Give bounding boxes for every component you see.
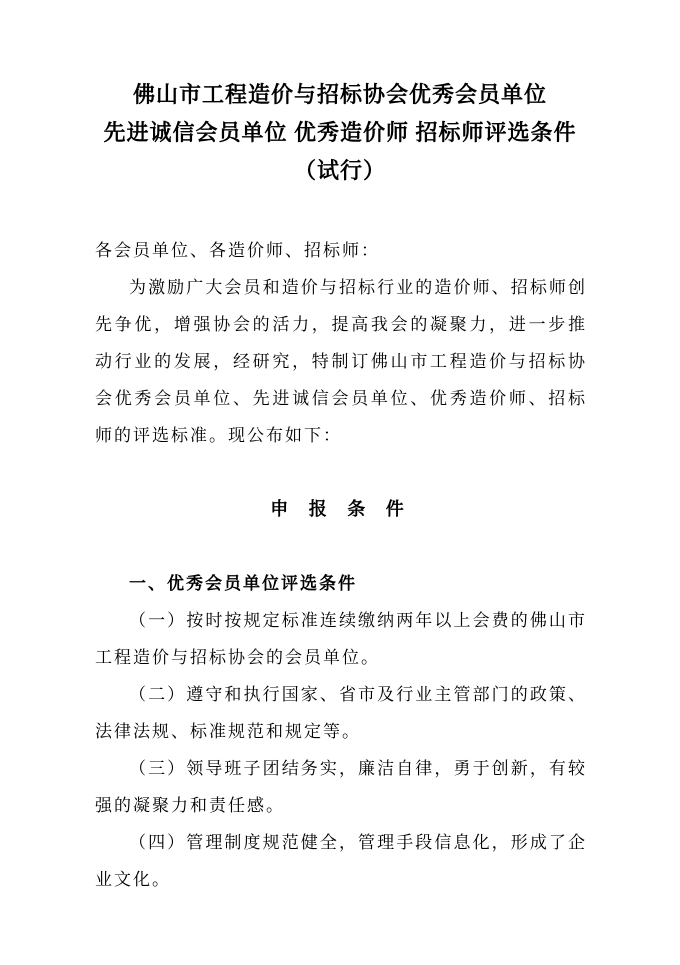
- document-body: 各会员单位、各造价师、招标师： 为激励广大会员和造价与招标行业的造价师、招标师创…: [95, 232, 587, 898]
- item-paragraph-3: （三）领导班子团结务实，廉洁自律，勇于创新，有较强的凝聚力和责任感。: [95, 750, 587, 824]
- item-paragraph-4: （四）管理制度规范健全，管理手段信息化，形成了企业文化。: [95, 824, 587, 898]
- document-title: 佛山市工程造价与招标协会优秀会员单位 先进诚信会员单位 优秀造价师 招标师评选条…: [0, 0, 680, 190]
- item-paragraph-1: （一）按时按规定标准连续缴纳两年以上会费的佛山市工程造价与招标协会的会员单位。: [95, 602, 587, 676]
- document-page: 佛山市工程造价与招标协会优秀会员单位 先进诚信会员单位 优秀造价师 招标师评选条…: [0, 0, 680, 965]
- item-paragraph-2: （二）遵守和执行国家、省市及行业主管部门的政策、法律法规、标准规范和规定等。: [95, 676, 587, 750]
- intro-paragraph: 为激励广大会员和造价与招标行业的造价师、招标师创先争优，增强协会的活力，提高我会…: [95, 269, 587, 454]
- subsection-heading: 一、优秀会员单位评选条件: [95, 565, 587, 602]
- section-heading: 申 报 条 件: [95, 491, 587, 528]
- title-line-1: 佛山市工程造价与招标协会优秀会员单位: [0, 76, 680, 114]
- title-line-3: （试行）: [0, 152, 680, 190]
- salutation: 各会员单位、各造价师、招标师：: [95, 232, 587, 269]
- title-line-2: 先进诚信会员单位 优秀造价师 招标师评选条件: [0, 114, 680, 152]
